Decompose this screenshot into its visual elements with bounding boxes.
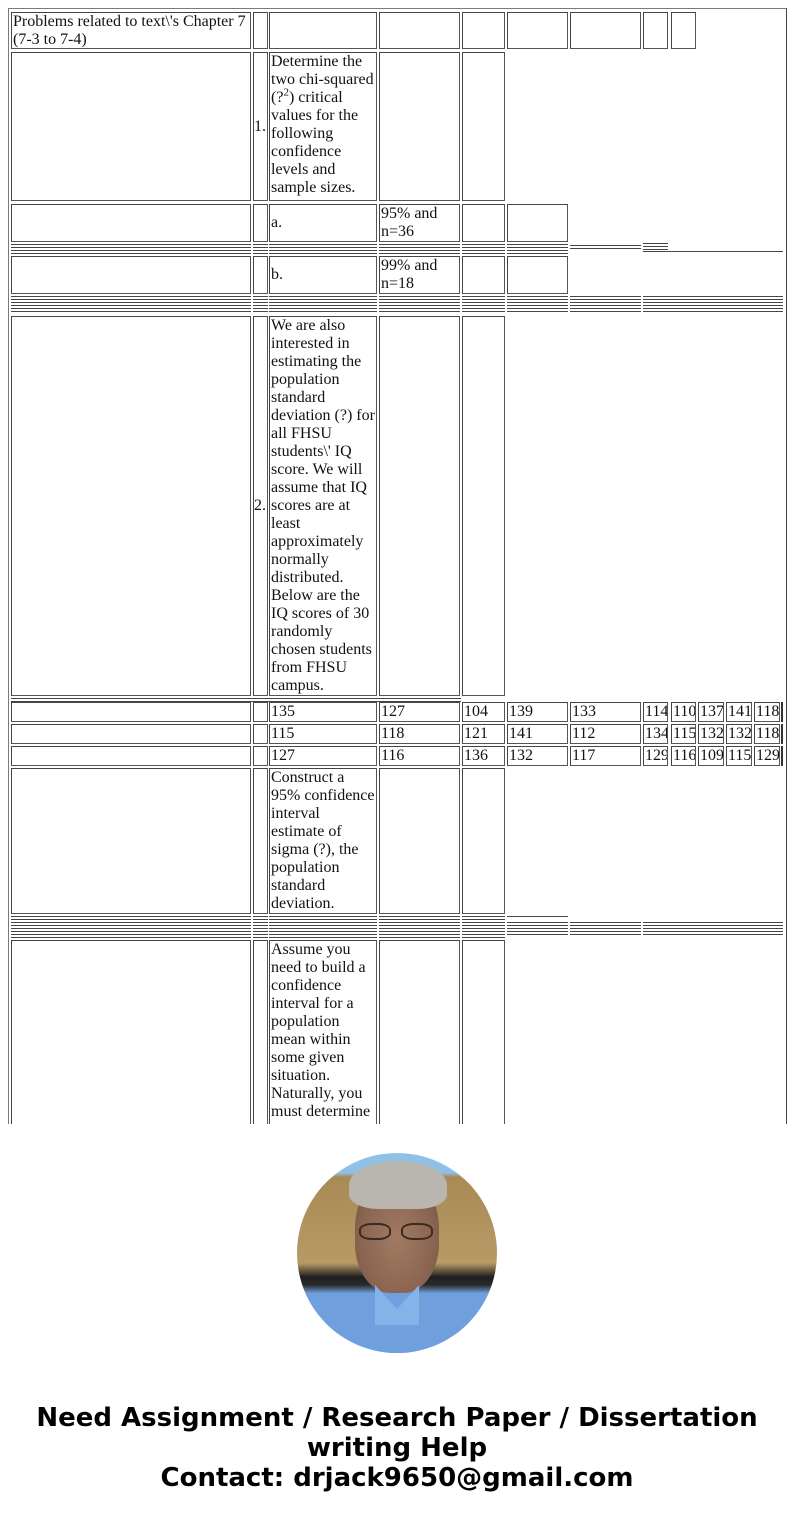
empty-cell bbox=[253, 940, 268, 1124]
separator bbox=[253, 296, 268, 314]
iq-score-cell: 141 bbox=[726, 702, 752, 722]
separator bbox=[11, 916, 251, 938]
problem-2-task: Construct a 95% confidence interval esti… bbox=[271, 769, 375, 912]
separator bbox=[643, 243, 668, 250]
empty-cell bbox=[253, 12, 268, 49]
empty-cell bbox=[507, 204, 568, 242]
separator bbox=[570, 922, 641, 936]
empty-cell bbox=[379, 316, 460, 696]
part-a-value-cell: 95% and n=36 bbox=[379, 204, 460, 242]
empty-cell bbox=[269, 12, 377, 49]
row-edge bbox=[781, 724, 783, 744]
separator bbox=[643, 922, 783, 936]
separator bbox=[269, 916, 377, 938]
separator bbox=[643, 296, 783, 312]
empty-cell bbox=[462, 256, 505, 294]
iq-score-cell: 104 bbox=[462, 702, 505, 722]
part-b-value-cell: 99% and n=18 bbox=[379, 256, 460, 294]
separator bbox=[462, 296, 505, 314]
problem-1-text-cell: Determine the two chi-squared (?2) criti… bbox=[269, 52, 377, 201]
empty-cell bbox=[379, 12, 460, 49]
iq-score-cell: 118 bbox=[754, 724, 780, 744]
separator bbox=[379, 296, 460, 314]
part-a-label: a. bbox=[271, 214, 282, 232]
empty-cell bbox=[507, 256, 568, 294]
row-edge bbox=[781, 746, 783, 766]
promo-line-1: Need Assignment / Research Paper / Disse… bbox=[0, 1403, 794, 1433]
worksheet-table: Problems related to text\'s Chapter 7 (7… bbox=[8, 8, 787, 1124]
iq-score-cell: 137 bbox=[698, 702, 724, 722]
iq-score-cell: 115 bbox=[726, 746, 752, 766]
separator bbox=[507, 922, 568, 936]
iq-score-cell: 115 bbox=[671, 724, 696, 744]
empty-cell bbox=[253, 724, 268, 744]
empty-cell bbox=[253, 746, 268, 766]
separator bbox=[643, 251, 783, 253]
iq-score-cell: 133 bbox=[570, 702, 641, 722]
empty-cell bbox=[11, 702, 251, 722]
part-a-label-cell: a. bbox=[269, 204, 377, 242]
empty-cell bbox=[379, 940, 460, 1124]
separator bbox=[379, 244, 460, 254]
empty-cell bbox=[11, 768, 251, 914]
heading-cell: Problems related to text\'s Chapter 7 (7… bbox=[11, 12, 251, 49]
empty-cell bbox=[11, 940, 251, 1124]
empty-cell bbox=[11, 204, 251, 242]
separator bbox=[11, 296, 251, 314]
part-b-label-cell: b. bbox=[269, 256, 377, 294]
problem-2-number: 2. bbox=[254, 497, 266, 515]
empty-cell bbox=[462, 12, 505, 49]
empty-cell bbox=[379, 768, 460, 914]
iq-score-cell: 129 bbox=[643, 746, 668, 766]
problem-3-text: Assume you need to build a confidence in… bbox=[271, 941, 370, 1120]
problem-2-text: We are also interested in estimating the… bbox=[271, 317, 375, 694]
iq-score-cell: 114 bbox=[643, 702, 668, 722]
problem-3-text-cell: Assume you need to build a confidence in… bbox=[269, 940, 377, 1124]
empty-cell bbox=[11, 316, 251, 696]
iq-score-cell: 110 bbox=[671, 702, 696, 722]
empty-cell bbox=[11, 724, 251, 744]
separator bbox=[462, 916, 505, 938]
iq-score-cell: 129 bbox=[754, 746, 780, 766]
glasses-icon bbox=[359, 1223, 435, 1241]
part-b-value: 99% and n=18 bbox=[381, 257, 437, 292]
iq-score-cell: 139 bbox=[507, 702, 568, 722]
empty-cell bbox=[507, 12, 568, 49]
iq-score-cell: 141 bbox=[507, 724, 568, 744]
empty-cell bbox=[462, 768, 505, 914]
separator bbox=[507, 244, 568, 254]
empty-cell bbox=[253, 702, 268, 722]
iq-score-cell: 117 bbox=[570, 746, 641, 766]
iq-score-cell: 115 bbox=[269, 724, 377, 744]
empty-cell bbox=[462, 940, 505, 1124]
iq-score-cell: 132 bbox=[507, 746, 568, 766]
iq-score-cell: 132 bbox=[698, 724, 724, 744]
author-avatar bbox=[297, 1153, 497, 1353]
empty-cell bbox=[570, 12, 641, 49]
empty-cell bbox=[253, 768, 268, 914]
empty-cell bbox=[462, 204, 505, 242]
row-edge bbox=[781, 702, 783, 722]
empty-cell bbox=[253, 204, 268, 242]
problem-number-cell: 1. bbox=[253, 52, 268, 201]
contact-email: Contact: drjack9650@gmail.com bbox=[0, 1463, 794, 1493]
separator bbox=[11, 244, 251, 254]
iq-score-cell: 121 bbox=[462, 724, 505, 744]
empty-cell bbox=[671, 12, 696, 49]
separator bbox=[379, 916, 460, 938]
task-cell: Construct a 95% confidence interval esti… bbox=[269, 768, 377, 914]
separator bbox=[570, 296, 641, 312]
separator bbox=[507, 296, 568, 312]
iq-score-cell: 116 bbox=[671, 746, 696, 766]
separator bbox=[253, 916, 268, 938]
promo-text: Need Assignment / Research Paper / Disse… bbox=[0, 1403, 794, 1493]
separator bbox=[253, 244, 268, 254]
separator bbox=[269, 244, 377, 254]
separator bbox=[570, 245, 641, 249]
empty-cell bbox=[462, 52, 505, 201]
empty-cell bbox=[11, 746, 251, 766]
iq-score-cell: 127 bbox=[379, 702, 460, 722]
separator bbox=[507, 916, 568, 918]
empty-cell bbox=[253, 256, 268, 294]
problem-1-number: 1. bbox=[254, 118, 266, 136]
empty-cell bbox=[462, 316, 505, 696]
iq-score-cell: 132 bbox=[726, 724, 752, 744]
iq-score-cell: 118 bbox=[754, 702, 780, 722]
footer: Need Assignment / Research Paper / Disse… bbox=[0, 1123, 794, 1523]
iq-score-cell: 136 bbox=[462, 746, 505, 766]
iq-score-cell: 116 bbox=[379, 746, 460, 766]
promo-line-2: writing Help bbox=[0, 1433, 794, 1463]
iq-score-cell: 118 bbox=[379, 724, 460, 744]
problem-2-text-cell: We are also interested in estimating the… bbox=[269, 316, 377, 696]
avatar-hair bbox=[349, 1161, 447, 1209]
separator bbox=[462, 244, 505, 254]
part-b-label: b. bbox=[271, 266, 283, 284]
iq-score-cell: 134 bbox=[643, 724, 668, 744]
empty-cell bbox=[11, 256, 251, 294]
iq-score-cell: 109 bbox=[698, 746, 724, 766]
problem-number-cell: 2. bbox=[253, 316, 268, 696]
problem-1-text-after: ) critical values for the following conf… bbox=[271, 89, 358, 196]
iq-score-cell: 135 bbox=[269, 702, 377, 722]
empty-cell bbox=[643, 12, 668, 49]
chapter-heading: Problems related to text\'s Chapter 7 (7… bbox=[13, 13, 246, 48]
iq-score-cell: 112 bbox=[570, 724, 641, 744]
separator bbox=[269, 296, 377, 314]
empty-cell bbox=[11, 52, 251, 201]
empty-cell bbox=[379, 52, 460, 201]
part-a-value: 95% and n=36 bbox=[381, 205, 437, 240]
iq-score-cell: 127 bbox=[269, 746, 377, 766]
